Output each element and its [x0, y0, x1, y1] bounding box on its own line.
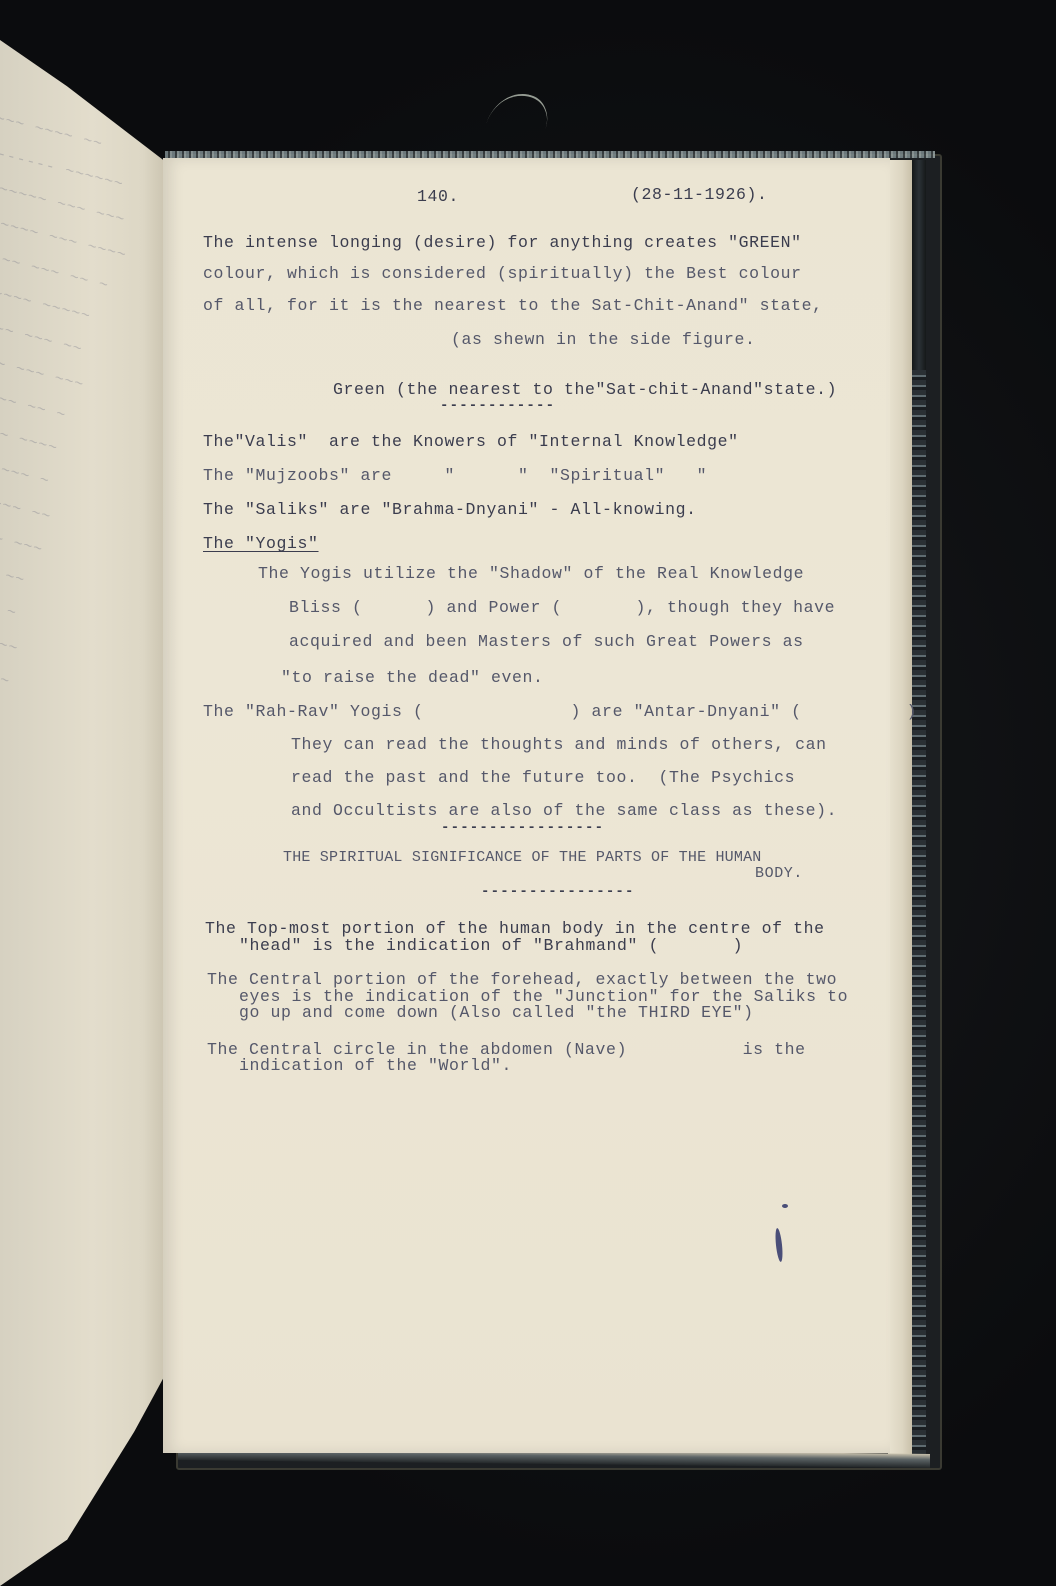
green-paragraph-line-3: of all, for it is the nearest to the Sat…: [203, 296, 823, 315]
body-part-1-line-2: "head" is the indication of "Brahmand" (…: [239, 936, 743, 955]
knowers-line-valis: The"Valis" are the Knowers of "Internal …: [203, 432, 739, 451]
page-number: 140.: [417, 187, 459, 206]
binding-edge-dark: [912, 160, 926, 370]
page-stack-edge: [888, 160, 912, 1456]
section-title-line-2: BODY.: [755, 865, 803, 882]
ink-dot: [782, 1204, 788, 1208]
yogis-line-3: acquired and been Masters of such Great …: [289, 632, 804, 651]
ink-stroke-mark: [774, 1228, 784, 1262]
typescript-page: 140. (28-11-1926). The intense longing (…: [163, 158, 890, 1453]
rah-rav-line-3: and Occultists are also of the same clas…: [291, 801, 837, 820]
rah-rav-line-2: read the past and the future too. (The P…: [291, 768, 795, 787]
knowers-line-mujzoobs: The "Mujzoobs" are " " "Spiritual" ": [203, 466, 707, 485]
rah-rav-line: The "Rah-Rav" Yogis ( ) are "Antar-Dnyan…: [203, 702, 917, 721]
yogis-line-2: Bliss ( ) and Power ( ), though they hav…: [289, 598, 835, 617]
yogis-line-4: "to raise the dead" even.: [281, 668, 544, 687]
divider-3: ----------------: [481, 884, 635, 900]
facing-left-page: ~~~~ ~~~~ ~~ -------- ~~~~~~ ~~ ~~~~~ ~~…: [0, 40, 168, 1586]
knowers-line-saliks: The "Saliks" are "Brahma-Dnyani" - All-k…: [203, 500, 697, 519]
facing-page-showthrough-text: ~~~~ ~~~~ ~~ -------- ~~~~~~ ~~ ~~~~~ ~~…: [0, 100, 155, 1329]
rah-rav-line-1: They can read the thoughts and minds of …: [291, 735, 827, 754]
green-paragraph-line-2: colour, which is considered (spiritually…: [203, 264, 802, 283]
divider-1: ------------: [440, 398, 555, 414]
green-paragraph-line-1: The intense longing (desire) for anythin…: [203, 233, 802, 252]
yogis-line-1: The Yogis utilize the "Shadow" of the Re…: [258, 564, 804, 583]
green-caption: Green (the nearest to the"Sat-chit-Anand…: [333, 380, 837, 399]
divider-2: -----------------: [441, 820, 604, 836]
section-title-line-1: THE SPIRITUAL SIGNIFICANCE OF THE PARTS …: [283, 849, 761, 866]
page-date: (28-11-1926).: [631, 185, 768, 204]
yogis-heading: The "Yogis": [203, 534, 319, 553]
body-part-3-line-2: indication of the "World".: [239, 1056, 512, 1075]
green-paragraph-line-4: (as shewn in the side figure.: [451, 330, 756, 349]
headband-stitching: [165, 151, 935, 158]
body-part-2-line-3: go up and come down (Also called "the TH…: [239, 1003, 754, 1022]
